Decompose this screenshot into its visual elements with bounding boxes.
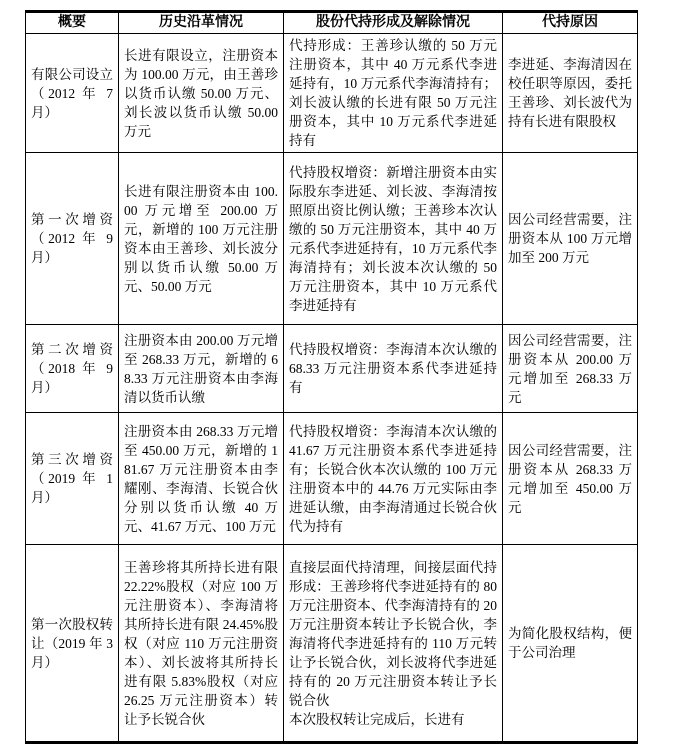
cell-holding: 代持股权增资：李海清本次认缴的 68.33 万元注册资本系代李进延持有	[284, 325, 503, 413]
header-holding: 股份代持形成及解除情况	[284, 12, 503, 34]
share-holding-history-table: 概要 历史沿革情况 股份代持形成及解除情况 代持原因 有限公司设立（2012 年…	[25, 10, 638, 744]
table-row: 第一次股权转让（2019 年 3 月） 王善珍将其所持长进有限 22.22%股权…	[26, 545, 638, 743]
cell-summary: 第三次增资（2019 年 1 月）	[26, 413, 119, 545]
cell-reason: 李进延、李海清因在校任职等原因，委托王善珍、刘长波代为持有长进有限股权	[503, 34, 638, 153]
document-page: 概要 历史沿革情况 股份代持形成及解除情况 代持原因 有限公司设立（2012 年…	[0, 0, 692, 746]
cell-summary: 第一次股权转让（2019 年 3 月）	[26, 545, 119, 743]
holding-paragraph: 代持股权增资：李海清本次认缴的 68.33 万元注册资本系代李进延持有	[289, 340, 497, 397]
holding-paragraph: 代持股权增资：新增注册资本由实际股东李进延、刘长波、李海清按照原出资比例认缴；王…	[289, 163, 497, 315]
cell-reason: 因公司经营需要，注册资本从 200.00 万元增加至 268.33 万元	[503, 325, 638, 413]
cell-history: 长进有限注册资本由 100.00 万元增至 200.00 万元，新增的 100 …	[119, 153, 284, 325]
cell-history: 王善珍将其所持长进有限 22.22%股权（对应 100 万元注册资本）、李海清将…	[119, 545, 284, 743]
cell-history: 注册资本由 268.33 万元增至 450.00 万元，新增的 181.67 万…	[119, 413, 284, 545]
cell-history: 注册资本由 200.00 万元增至 268.33 万元，新增的 68.33 万元…	[119, 325, 284, 413]
cell-history: 长进有限设立，注册资本为 100.00 万元，由王善珍以货币认缴 50.00 万…	[119, 34, 284, 153]
table-header-row: 概要 历史沿革情况 股份代持形成及解除情况 代持原因	[26, 12, 638, 34]
table-row: 第三次增资（2019 年 1 月） 注册资本由 268.33 万元增至 450.…	[26, 413, 638, 545]
cell-reason: 因公司经营需要，注册资本从 100 万元增加至 200 万元	[503, 153, 638, 325]
table-row: 有限公司设立（2012 年 7 月） 长进有限设立，注册资本为 100.00 万…	[26, 34, 638, 153]
table-row: 第二次增资（2018 年 9 月） 注册资本由 200.00 万元增至 268.…	[26, 325, 638, 413]
cell-summary: 第二次增资（2018 年 9 月）	[26, 325, 119, 413]
holding-paragraph-continued: 本次股权转让完成后，长进有	[289, 710, 497, 729]
cell-holding: 代持形成：王善珍认缴的 50 万元注册资本，其中 40 万元系代李进延持有，10…	[284, 34, 503, 153]
cell-reason: 为简化股权结构，便于公司治理	[503, 545, 638, 743]
cell-reason: 因公司经营需要，注册资本从 268.33 万元增加至 450.00 万元	[503, 413, 638, 545]
holding-paragraph: 直接层面代持清理，间接层面代持形成：王善珍将代李进延持有的 80 万元注册资本、…	[289, 558, 497, 710]
header-history: 历史沿革情况	[119, 12, 284, 34]
cell-holding: 直接层面代持清理，间接层面代持形成：王善珍将代李进延持有的 80 万元注册资本、…	[284, 545, 503, 743]
table-row: 第一次增资（2012 年 9 月） 长进有限注册资本由 100.00 万元增至 …	[26, 153, 638, 325]
cell-holding: 代持股权增资：李海清本次认缴的 41.67 万元注册资本系代李进延持有；长锐合伙…	[284, 413, 503, 545]
cell-summary: 有限公司设立（2012 年 7 月）	[26, 34, 119, 153]
header-reason: 代持原因	[503, 12, 638, 34]
header-summary: 概要	[26, 12, 119, 34]
cell-holding: 代持股权增资：新增注册资本由实际股东李进延、刘长波、李海清按照原出资比例认缴；王…	[284, 153, 503, 325]
holding-paragraph: 代持股权增资：李海清本次认缴的 41.67 万元注册资本系代李进延持有；长锐合伙…	[289, 422, 497, 536]
holding-paragraph: 代持形成：王善珍认缴的 50 万元注册资本，其中 40 万元系代李进延持有，10…	[289, 36, 497, 150]
cell-summary: 第一次增资（2012 年 9 月）	[26, 153, 119, 325]
